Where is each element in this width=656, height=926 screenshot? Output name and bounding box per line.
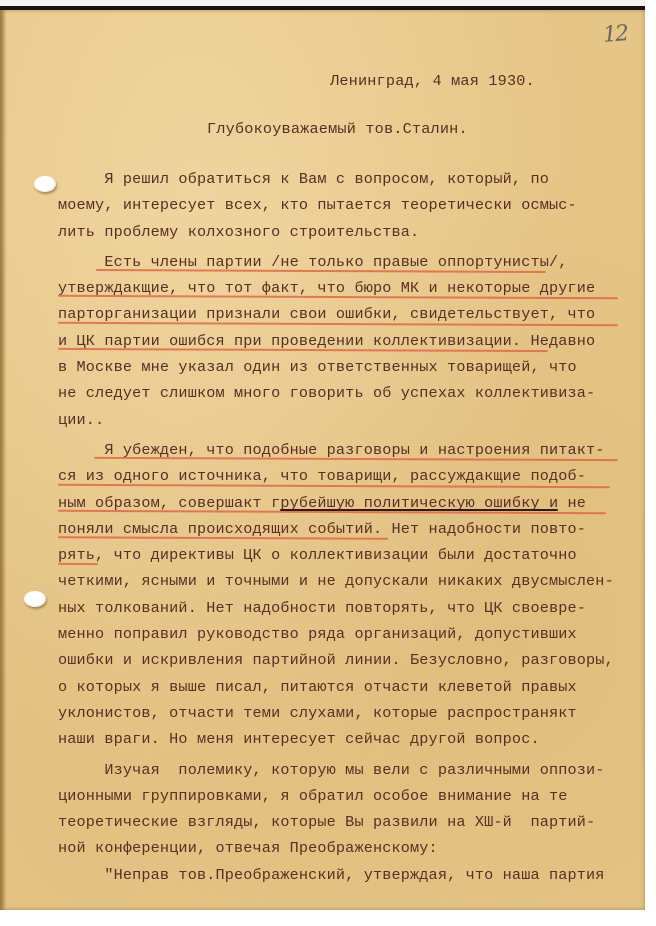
text-line: четкими, ясными и точными и не допускали…: [58, 568, 648, 594]
text-line: Я убежден, что подобные разговоры и наст…: [58, 437, 648, 463]
ink-underline: [280, 509, 558, 511]
text-line: уклонистов, отчасти теми слухами, которы…: [58, 700, 648, 726]
text-line: ной конференции, отвечая Преображенскому…: [58, 835, 648, 861]
text-line: поняли смысла происходящих событий. Нет …: [58, 516, 648, 542]
pencil-underline: [96, 269, 546, 273]
text-line: Есть члены партии /не только правые оппо…: [58, 249, 648, 275]
pencil-underline: [58, 295, 618, 299]
paper-edge-shadow: [0, 10, 6, 910]
text-line: ошибки и искривления партийной линии. Бе…: [58, 647, 648, 673]
punch-hole-icon: [34, 176, 56, 192]
folio-number: 12: [602, 21, 628, 48]
text-line: и ЦК партии ошибся при проведении коллек…: [58, 328, 648, 354]
letter-body: Я решил обратиться к Вам с вопросом, кот…: [58, 166, 648, 888]
text-line: ся из одного источника, что товарищи, ра…: [58, 463, 648, 489]
text-line: наши враги. Но меня интересует сейчас др…: [58, 726, 648, 752]
text-line: не следует слишком много говорить об усп…: [58, 380, 648, 406]
text-line: ции..: [58, 407, 648, 433]
text-line: Я решил обратиться к Вам с вопросом, кот…: [58, 166, 648, 192]
text-line: ционными группировками, я обратил особое…: [58, 783, 648, 809]
text-line: "Неправ тов.Преображенский, утверждая, ч…: [58, 862, 648, 888]
text-line: рять, что директивы ЦК о коллективизации…: [58, 542, 648, 568]
pencil-underline: [58, 536, 388, 539]
place-date: Ленинград, 4 мая 1930.: [330, 68, 535, 94]
pencil-underline: [58, 563, 98, 565]
punch-hole-icon: [24, 591, 46, 607]
text-line: о которых я выше писал, питаются отчасти…: [58, 674, 648, 700]
text-line: парторганизации признали свои ошибки, св…: [58, 301, 648, 327]
text-line: ных толкований. Нет надобности повторять…: [58, 595, 648, 621]
salutation: Глубокоуважаемый тов.Сталин.: [207, 116, 468, 142]
text-line: ным образом, совершакт грубейшую политич…: [58, 490, 648, 516]
text-line: лить проблему колхозного строительства.: [58, 219, 648, 245]
text-line: в Москве мне указал один из ответственны…: [58, 354, 648, 380]
text-line: менно поправил руководство ряда организа…: [58, 621, 648, 647]
text-line: теоретические взгляды, которые Вы развил…: [58, 809, 648, 835]
text-line: утверждакщие, что тот факт, что бюро МК …: [58, 275, 648, 301]
text-line: моему, интересует всех, кто пытается тео…: [58, 192, 648, 218]
document-scan: 12 Ленинград, 4 мая 1930. Глубокоуважаем…: [0, 0, 656, 926]
text-line: Изучая полемику, которую мы вели с разли…: [58, 757, 648, 783]
